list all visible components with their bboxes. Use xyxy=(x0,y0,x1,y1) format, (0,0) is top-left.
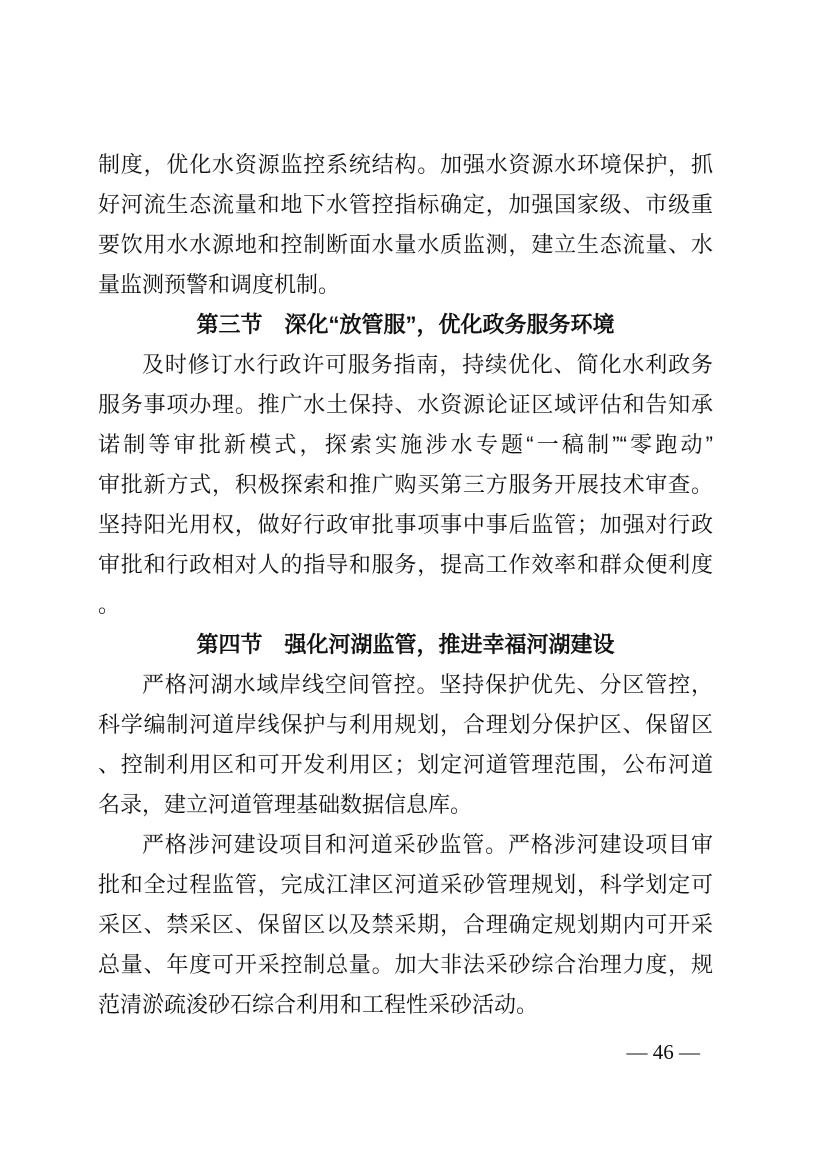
page-body: 制度，优化水资源监控系统结构。加强水资源水环境保护，抓 好河流生态流量和地下水管… xyxy=(98,145,713,1025)
text-line: 量监测预警和调度机制。 xyxy=(98,265,713,305)
text-line: 采区、禁采区、保留区以及禁采期，合理确定规划期内可开采 xyxy=(98,905,713,945)
section-3-heading: 第三节 深化“放管服”，优化政务服务环境 xyxy=(98,305,713,345)
text-line: 。 xyxy=(98,585,713,625)
section-4-heading: 第四节 强化河湖监管，推进幸福河湖建设 xyxy=(98,625,713,665)
text-line: 坚持阳光用权，做好行政审批事项事中事后监管；加强对行政 xyxy=(98,505,713,545)
page-number: — 46 — xyxy=(627,1040,701,1064)
text-line: 服务事项办理。推广水土保持、水资源论证区域评估和告知承 xyxy=(98,385,713,425)
text-line: 、控制利用区和可开发利用区；划定河道管理范围，公布河道 xyxy=(98,745,713,785)
text-line: 范清淤疏浚砂石综合利用和工程性采砂活动。 xyxy=(98,985,713,1025)
text-line: 诺制等审批新模式，探索实施涉水专题“一稿制”“零跑动” xyxy=(98,425,713,465)
text-line: 批和全过程监管，完成江津区河道采砂管理规划，科学划定可 xyxy=(98,865,713,905)
text-line: 制度，优化水资源监控系统结构。加强水资源水环境保护，抓 xyxy=(98,145,713,185)
text-line: 及时修订水行政许可服务指南，持续优化、简化水利政务 xyxy=(98,345,713,385)
text-line: 要饮用水水源地和控制断面水量水质监测，建立生态流量、水 xyxy=(98,225,713,265)
text-line: 审批和行政相对人的指导和服务，提高工作效率和群众便利度 xyxy=(98,545,713,585)
text-line: 总量、年度可开采控制总量。加大非法采砂综合治理力度，规 xyxy=(98,945,713,985)
text-line: 审批新方式，积极探索和推广购买第三方服务开展技术审查。 xyxy=(98,465,713,505)
text-line: 好河流生态流量和地下水管控指标确定，加强国家级、市级重 xyxy=(98,185,713,225)
text-line: 科学编制河道岸线保护与利用规划，合理划分保护区、保留区 xyxy=(98,705,713,745)
text-line: 严格河湖水域岸线空间管控。坚持保护优先、分区管控， xyxy=(98,665,713,705)
page-footer: — 46 — xyxy=(627,1040,701,1064)
text-line: 严格涉河建设项目和河道采砂监管。严格涉河建设项目审 xyxy=(98,825,713,865)
text-line: 名录，建立河道管理基础数据信息库。 xyxy=(98,785,713,825)
document-page: 制度，优化水资源监控系统结构。加强水资源水环境保护，抓 好河流生态流量和地下水管… xyxy=(0,0,827,1169)
